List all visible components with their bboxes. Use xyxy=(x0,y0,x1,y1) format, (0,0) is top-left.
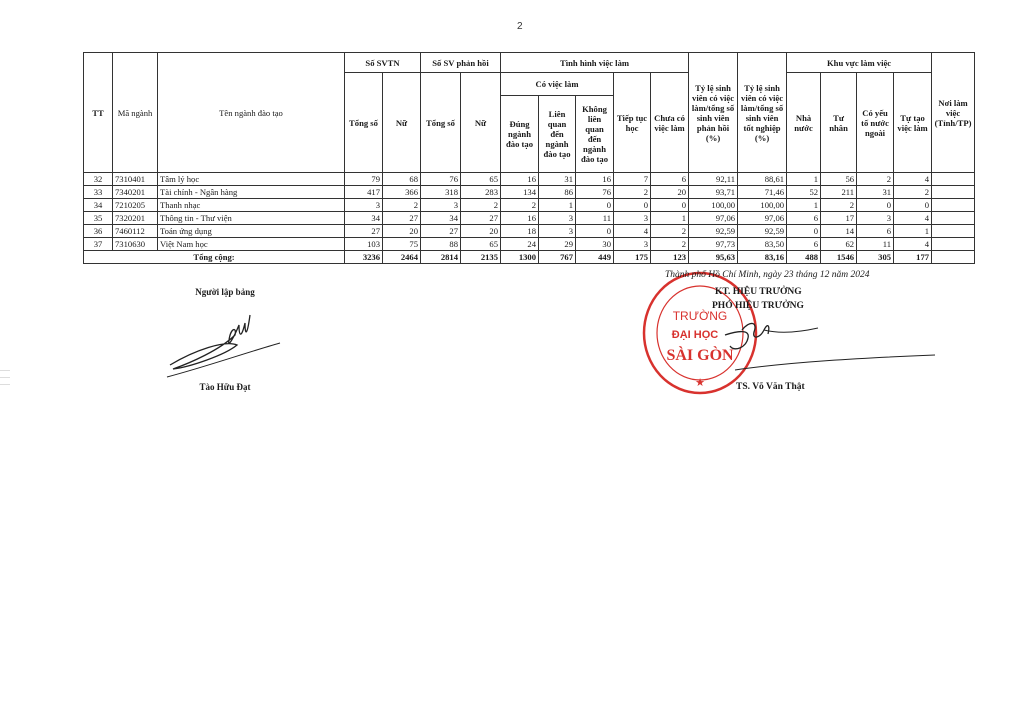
table-row: 367460112Toán ứng dụng2720272018304292,5… xyxy=(84,225,975,238)
header-khong-lien-quan: Không liên quan đến ngành đào tạo xyxy=(576,96,614,173)
table-cell xyxy=(932,199,975,212)
total-cell: 2464 xyxy=(383,251,421,264)
header-tong-so-phan-hoi: Tổng số xyxy=(421,73,461,173)
total-cell: 1300 xyxy=(501,251,539,264)
table-cell: 100,00 xyxy=(738,199,787,212)
table-cell: 97,73 xyxy=(689,238,738,251)
total-cell: 488 xyxy=(787,251,821,264)
table-cell: 6 xyxy=(787,238,821,251)
table-cell: 27 xyxy=(461,212,501,225)
table-cell: 6 xyxy=(857,225,894,238)
table-cell: 52 xyxy=(787,186,821,199)
table-cell: 134 xyxy=(501,186,539,199)
table-cell: 3 xyxy=(614,238,651,251)
header-ten-nganh: Tên ngành đào tạo xyxy=(158,53,345,173)
header-tu-nhan: Tư nhân xyxy=(821,73,857,173)
table-cell: 1 xyxy=(894,225,932,238)
table-cell: 2 xyxy=(461,199,501,212)
table-cell: 2 xyxy=(821,199,857,212)
table-cell: 0 xyxy=(651,199,689,212)
table-cell: 35 xyxy=(84,212,113,225)
table-cell: 16 xyxy=(501,212,539,225)
signer-title-1: KT. HIỆU TRƯỞNG xyxy=(715,287,802,297)
table-cell: 93,71 xyxy=(689,186,738,199)
header-khu-vuc: Khu vực làm việc xyxy=(787,53,932,73)
table-cell: 27 xyxy=(421,225,461,238)
table-cell: 24 xyxy=(501,238,539,251)
scan-edge-marks xyxy=(0,370,10,410)
total-cell: 3236 xyxy=(345,251,383,264)
table-cell: Tâm lý học xyxy=(158,173,345,186)
table-cell: 37 xyxy=(84,238,113,251)
header-tiep-tuc-hoc: Tiếp tục học xyxy=(614,73,651,173)
table-cell: 92,59 xyxy=(689,225,738,238)
table-cell: 16 xyxy=(576,173,614,186)
table-cell: 33 xyxy=(84,186,113,199)
table-cell: 88,61 xyxy=(738,173,787,186)
table-cell: 3 xyxy=(539,212,576,225)
table-cell: 7340201 xyxy=(113,186,158,199)
header-yeu-to-nuoc-ngoai: Có yếu tố nước ngoài xyxy=(857,73,894,173)
table-cell: 36 xyxy=(84,225,113,238)
stamp-text-2: ĐẠI HỌC xyxy=(672,329,719,341)
table-cell: 1 xyxy=(539,199,576,212)
table-cell xyxy=(932,212,975,225)
table-cell: 7310401 xyxy=(113,173,158,186)
table-cell: 76 xyxy=(421,173,461,186)
table-cell: 18 xyxy=(501,225,539,238)
table-header: TT Mã ngành Tên ngành đào tạo Số SVTN Số… xyxy=(84,53,975,173)
total-label: Tổng cộng: xyxy=(84,251,345,264)
header-tu-tao-viec-lam: Tự tạo việc làm xyxy=(894,73,932,173)
table-cell xyxy=(932,186,975,199)
table-cell: 0 xyxy=(787,225,821,238)
table-cell: 65 xyxy=(461,238,501,251)
svg-text:★: ★ xyxy=(695,377,705,389)
table-cell: Toán ứng dụng xyxy=(158,225,345,238)
table-cell: 17 xyxy=(821,212,857,225)
table-cell: 318 xyxy=(421,186,461,199)
table-cell: 1 xyxy=(651,212,689,225)
table-cell: 4 xyxy=(614,225,651,238)
table-body: 327310401Tâm lý học796876651631167692,11… xyxy=(84,173,975,264)
header-ty-le-tot-nghiep: Tỷ lệ sinh viên có việc làm/tổng số sinh… xyxy=(738,53,787,173)
table-cell: 4 xyxy=(894,212,932,225)
table-cell: 2 xyxy=(894,186,932,199)
table-cell: 3 xyxy=(345,199,383,212)
table-cell: 417 xyxy=(345,186,383,199)
table-cell: 92,11 xyxy=(689,173,738,186)
employment-report-table: TT Mã ngành Tên ngành đào tạo Số SVTN Số… xyxy=(83,52,975,264)
table-cell: 16 xyxy=(501,173,539,186)
table-cell: 76 xyxy=(576,186,614,199)
total-cell: 767 xyxy=(539,251,576,264)
header-lien-quan: Liên quan đến ngành đào tạo xyxy=(539,96,576,173)
table-cell: 0 xyxy=(576,199,614,212)
header-nu-phan-hoi: Nữ xyxy=(461,73,501,173)
table-cell: Thanh nhạc xyxy=(158,199,345,212)
total-cell: 305 xyxy=(857,251,894,264)
table-cell: 20 xyxy=(461,225,501,238)
table-cell: 0 xyxy=(614,199,651,212)
table-cell: 14 xyxy=(821,225,857,238)
table-cell: 88 xyxy=(421,238,461,251)
total-cell: 123 xyxy=(651,251,689,264)
header-tt: TT xyxy=(84,53,113,173)
table-cell: 20 xyxy=(651,186,689,199)
table-cell: 62 xyxy=(821,238,857,251)
table-row: 337340201Tài chính - Ngân hàng4173663182… xyxy=(84,186,975,199)
table-cell: 29 xyxy=(539,238,576,251)
table-cell: 71,46 xyxy=(738,186,787,199)
table-cell: 3 xyxy=(539,225,576,238)
table-cell: 2 xyxy=(651,225,689,238)
table-cell: 97,06 xyxy=(738,212,787,225)
table-cell: 34 xyxy=(345,212,383,225)
header-co-viec-lam: Có việc làm xyxy=(501,73,614,96)
table-cell: 1 xyxy=(787,173,821,186)
table-row: 327310401Tâm lý học796876651631167692,11… xyxy=(84,173,975,186)
total-cell: 1546 xyxy=(821,251,857,264)
table-cell: 103 xyxy=(345,238,383,251)
signer-name: TS. Võ Văn Thật xyxy=(736,382,805,392)
table-cell: 283 xyxy=(461,186,501,199)
table-cell: 11 xyxy=(857,238,894,251)
header-dung-nganh: Đúng ngành đào tạo xyxy=(501,96,539,173)
table-cell xyxy=(932,173,975,186)
total-row: Tổng cộng:323624642814213513007674491751… xyxy=(84,251,975,264)
table-row: 377310630Việt Nam học1037588652429303297… xyxy=(84,238,975,251)
header-nu-svtn: Nữ xyxy=(383,73,421,173)
table-cell: 211 xyxy=(821,186,857,199)
table-cell: 27 xyxy=(345,225,383,238)
table-cell: 65 xyxy=(461,173,501,186)
table-cell: 100,00 xyxy=(689,199,738,212)
table-cell: 83,50 xyxy=(738,238,787,251)
header-noi-lam-viec: Nơi làm việc (Tỉnh/TP) xyxy=(932,53,975,173)
header-so-svtn: Số SVTN xyxy=(345,53,421,73)
table-cell: 3 xyxy=(421,199,461,212)
table-cell: 34 xyxy=(421,212,461,225)
table-cell: 79 xyxy=(345,173,383,186)
table-cell: Tài chính - Ngân hàng xyxy=(158,186,345,199)
header-tinh-hinh-viec-lam: Tình hình việc làm xyxy=(501,53,689,73)
header-chua-co-viec: Chưa có việc làm xyxy=(651,73,689,173)
table-cell: 7310630 xyxy=(113,238,158,251)
table-cell: 4 xyxy=(894,238,932,251)
total-cell: 175 xyxy=(614,251,651,264)
table-cell: 7 xyxy=(614,173,651,186)
table-cell: 68 xyxy=(383,173,421,186)
table-cell: 86 xyxy=(539,186,576,199)
header-ty-le-phan-hoi: Tỷ lệ sinh viên có việc làm/tổng số sinh… xyxy=(689,53,738,173)
table-cell: 0 xyxy=(857,199,894,212)
table-cell: Thông tin - Thư viện xyxy=(158,212,345,225)
preparer-title: Người lập bảng xyxy=(160,287,290,297)
table-row: 347210205Thanh nhạc323221000100,00100,00… xyxy=(84,199,975,212)
table-cell: 3 xyxy=(614,212,651,225)
table-cell: 97,06 xyxy=(689,212,738,225)
table-cell: 2 xyxy=(501,199,539,212)
table-cell: 56 xyxy=(821,173,857,186)
table-cell: 30 xyxy=(576,238,614,251)
total-cell: 2135 xyxy=(461,251,501,264)
table-cell: 0 xyxy=(894,199,932,212)
table-cell: 2 xyxy=(651,238,689,251)
date-line: Thành phố Hồ Chí Minh, ngày 23 tháng 12 … xyxy=(665,270,870,280)
page-number: 2 xyxy=(517,21,523,32)
table-cell: 31 xyxy=(857,186,894,199)
preparer-name: Tào Hữu Đạt xyxy=(160,382,290,392)
table-cell: 2 xyxy=(614,186,651,199)
table-cell: 4 xyxy=(894,173,932,186)
table-cell: 20 xyxy=(383,225,421,238)
total-cell: 177 xyxy=(894,251,932,264)
header-tong-so-svtn: Tổng số xyxy=(345,73,383,173)
header-ma-nganh: Mã ngành xyxy=(113,53,158,173)
total-cell: 83,16 xyxy=(738,251,787,264)
table-cell xyxy=(932,238,975,251)
table-cell: 1 xyxy=(787,199,821,212)
total-cell: 449 xyxy=(576,251,614,264)
table-cell: 34 xyxy=(84,199,113,212)
table-cell: 366 xyxy=(383,186,421,199)
table-cell: 32 xyxy=(84,173,113,186)
table-cell: 2 xyxy=(857,173,894,186)
table-cell: 7460112 xyxy=(113,225,158,238)
total-cell xyxy=(932,251,975,264)
header-nha-nuoc: Nhà nước xyxy=(787,73,821,173)
table-cell: 2 xyxy=(383,199,421,212)
table-cell: 6 xyxy=(651,173,689,186)
table-cell: 27 xyxy=(383,212,421,225)
table-cell: 7320201 xyxy=(113,212,158,225)
table-cell: 92,59 xyxy=(738,225,787,238)
table-cell xyxy=(932,225,975,238)
table-cell: 31 xyxy=(539,173,576,186)
preparer-signature xyxy=(165,305,285,380)
signer-signature xyxy=(720,300,940,380)
table-cell: 0 xyxy=(576,225,614,238)
table-cell: 3 xyxy=(857,212,894,225)
total-cell: 2814 xyxy=(421,251,461,264)
table-cell: 6 xyxy=(787,212,821,225)
table-cell: 11 xyxy=(576,212,614,225)
table-cell: 75 xyxy=(383,238,421,251)
table-row: 357320201Thông tin - Thư viện34273427163… xyxy=(84,212,975,225)
header-so-sv-phan-hoi: Số SV phản hồi xyxy=(421,53,501,73)
table-cell: 7210205 xyxy=(113,199,158,212)
table-cell: Việt Nam học xyxy=(158,238,345,251)
total-cell: 95,63 xyxy=(689,251,738,264)
